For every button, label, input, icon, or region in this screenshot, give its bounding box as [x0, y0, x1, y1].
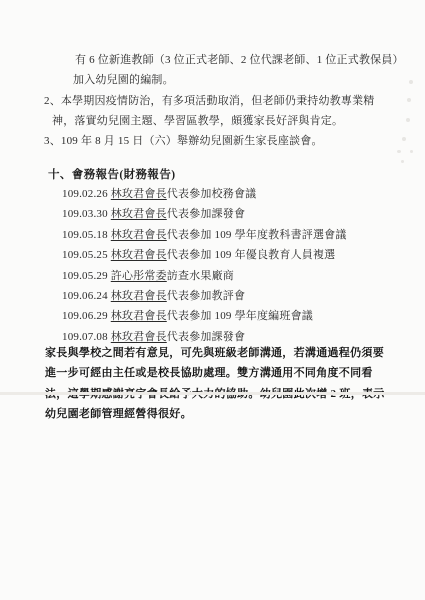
- meeting-activity: 代表參加 109 學年度教科書評選會議: [167, 229, 347, 241]
- intro-line-4: 神，落實幼兒園主題、學習區教學，頗獲家長好評與肯定。: [0, 111, 425, 131]
- intro-paragraphs: 有 6 位新進教師（3 位正式老師、2 位代課老師、1 位正式教保員） 加入幼兒…: [0, 50, 425, 151]
- scan-speck: [410, 150, 413, 153]
- intro-line-3: 2、本學期因疫情防治，有多項活動取消，但老師仍秉持幼教專業精: [0, 91, 425, 111]
- meeting-person: 林玫君會長: [111, 249, 167, 261]
- closing-paragraph: 家長與學校之間若有意見，可先與班級老師溝通，若溝通過程仍須要 進一步可經由主任或…: [0, 343, 425, 425]
- meeting-activity: 代表參加 109 學年度編班會議: [167, 310, 313, 322]
- scanned-document-page: 有 6 位新進教師（3 位正式老師、2 位代課老師、1 位正式教保員） 加入幼兒…: [0, 0, 425, 600]
- meeting-person: 林玫君會長: [111, 188, 167, 200]
- meeting-activity: 代表參加課發會: [167, 331, 245, 343]
- meeting-person: 許心彤常委: [111, 270, 167, 282]
- meeting-date: 109.06.29: [62, 310, 108, 322]
- meeting-date: 109.05.29: [62, 270, 108, 282]
- scan-speck: [406, 118, 410, 122]
- meeting-activity: 代表參加校務會議: [167, 188, 257, 200]
- scan-speck: [407, 98, 411, 102]
- meeting-date: 109.05.18: [62, 229, 108, 241]
- scan-speck: [409, 80, 413, 84]
- meeting-log-row: 109.06.29 林玫君會長代表參加 109 學年度編班會議: [0, 306, 425, 326]
- meeting-person: 林玫君會長: [111, 208, 167, 220]
- meeting-log-row: 109.06.24 林玫君會長代表參加教評會: [0, 286, 425, 306]
- meeting-person: 林玫君會長: [111, 229, 167, 241]
- meeting-date: 109.06.24: [62, 290, 108, 302]
- meeting-activity: 代表參加教評會: [167, 290, 245, 302]
- scan-speck: [401, 160, 404, 163]
- scan-speck: [402, 137, 406, 141]
- meeting-date: 109.03.30: [62, 208, 108, 220]
- scan-fold-line: [0, 392, 425, 395]
- meeting-log-row: 109.05.29 許心彤常委訪查水果廠商: [0, 266, 425, 286]
- intro-line-5: 3、109 年 8 月 15 日（六）舉辦幼兒園新生家長座談會。: [0, 131, 425, 151]
- meeting-log-row: 109.05.18 林玫君會長代表參加 109 學年度教科書評選會議: [0, 225, 425, 245]
- closing-line-1: 家長與學校之間若有意見，可先與班級老師溝通，若溝通過程仍須要: [0, 343, 425, 363]
- scan-speck: [397, 150, 401, 153]
- closing-line-2: 進一步可經由主任或是校長協助處理。雙方溝通用不同角度不同看: [0, 363, 425, 383]
- closing-line-4: 幼兒園老師管理經營得很好。: [0, 404, 425, 424]
- meeting-date: 109.07.08: [62, 331, 108, 343]
- meeting-person: 林玫君會長: [111, 290, 167, 302]
- intro-line-2: 加入幼兒園的編制。: [0, 70, 425, 90]
- meeting-date: 109.05.25: [62, 249, 108, 261]
- meeting-date: 109.02.26: [62, 188, 108, 200]
- intro-line-1: 有 6 位新進教師（3 位正式老師、2 位代課老師、1 位正式教保員）: [0, 50, 425, 70]
- meeting-activity: 代表參加課發會: [167, 208, 245, 220]
- meeting-log-row: 109.03.30 林玫君會長代表參加課發會: [0, 204, 425, 224]
- meeting-log-row: 109.05.25 林玫君會長代表參加 109 年優良教育人員複選: [0, 245, 425, 265]
- meeting-person: 林玫君會長: [111, 331, 167, 343]
- meeting-log-list: 109.02.26 林玫君會長代表參加校務會議 109.03.30 林玫君會長代…: [0, 184, 425, 347]
- meeting-activity: 訪查水果廠商: [167, 270, 234, 282]
- meeting-activity: 代表參加 109 年優良教育人員複選: [167, 249, 336, 261]
- meeting-log-row: 109.02.26 林玫君會長代表參加校務會議: [0, 184, 425, 204]
- section-heading: 十、會務報告(財務報告): [0, 166, 425, 182]
- meeting-person: 林玫君會長: [111, 310, 167, 322]
